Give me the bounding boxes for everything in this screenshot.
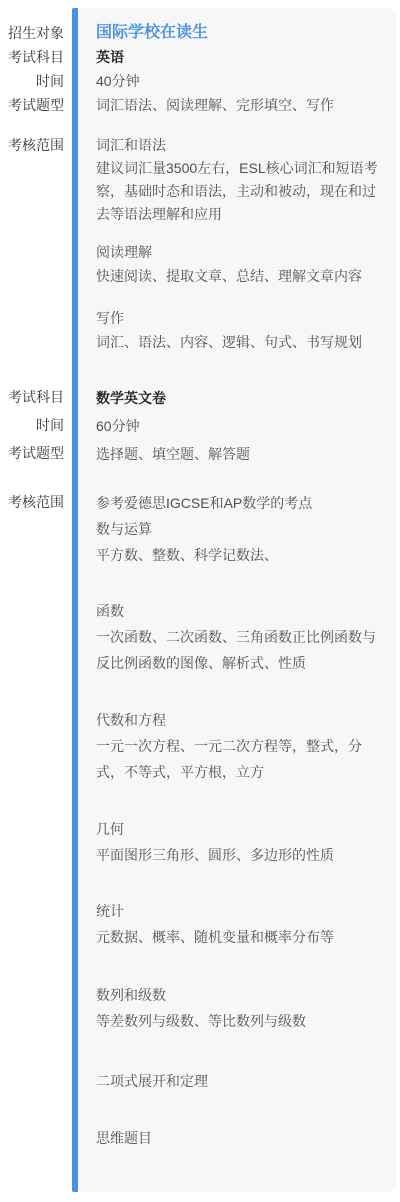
label-question-types-2: 考试题型 bbox=[0, 441, 64, 465]
scope-block: 代数和方程 一元一次方程、一元二次方程等，整式，分式，不等式，平方根，立方 bbox=[96, 707, 382, 785]
scope-body: 元数据、概率、随机变量和概率分布等 bbox=[96, 924, 382, 950]
scope-body: 平方数、整数、科学记数法、 bbox=[96, 542, 382, 568]
scope-block: 二项式展开和定理 bbox=[96, 1068, 382, 1094]
scope-heading: 思维题目 bbox=[96, 1125, 382, 1151]
scope-heading: 代数和方程 bbox=[96, 707, 382, 733]
field-label-column: 招生对象 考试科目 时间 考试题型 考核范围 考试科目 时间 考试题型 考核范围 bbox=[0, 0, 66, 1202]
exam-detail-panel: 国际学校在读生 英语 40分钟 词汇语法、阅读理解、完形填空、写作 词汇和语法 … bbox=[72, 8, 396, 1192]
label-question-types: 考试题型 bbox=[0, 93, 64, 117]
scope-heading: 函数 bbox=[96, 598, 382, 624]
label-scope: 考核范围 bbox=[0, 133, 64, 157]
scope-body: 一次函数、二次函数、三角函数正比例函数与反比例函数的图像、解析式、性质 bbox=[96, 624, 382, 676]
duration-value: 40分钟 bbox=[96, 69, 382, 93]
question-types-value: 词汇语法、阅读理解、完形填空、写作 bbox=[96, 93, 382, 117]
subject-name-2: 数学英文卷 bbox=[96, 384, 382, 412]
scope-body: 等差数列与级数、等比数列与级数 bbox=[96, 1008, 382, 1034]
scope-block: 几何 平面图形三角形、圆形、多边形的性质 bbox=[96, 816, 382, 868]
scope-heading: 统计 bbox=[96, 898, 382, 924]
scope-body: 快速阅读、提取文章、总结、理解文章内容 bbox=[96, 264, 382, 288]
label-duration: 时间 bbox=[0, 69, 64, 93]
subject-name: 英语 bbox=[96, 45, 382, 69]
scope-block: 词汇和语法 建议词汇量3500左右，ESL核心词汇和短语考察，基础时态和语法，主… bbox=[96, 133, 382, 226]
duration-value-2: 60分钟 bbox=[96, 412, 382, 440]
scope-heading: 二项式展开和定理 bbox=[96, 1068, 382, 1094]
exam-info-page: { "theme": { "accent_blue": "#4a90e2", "… bbox=[0, 0, 400, 1202]
label-exam-subject: 考试科目 bbox=[0, 45, 64, 69]
label-scope-2: 考核范围 bbox=[0, 490, 64, 514]
scope-heading: 词汇和语法 bbox=[96, 133, 382, 157]
scope-heading: 数与运算 bbox=[96, 516, 382, 542]
label-admission-target: 招生对象 bbox=[0, 21, 64, 45]
scope-block: 数与运算 平方数、整数、科学记数法、 bbox=[96, 516, 382, 568]
scope-block: 写作 词汇、语法、内容、逻辑、句式、书写规划 bbox=[96, 306, 382, 354]
question-types-value-2: 选择题、填空题、解答题 bbox=[96, 440, 382, 468]
scope-body: 词汇、语法、内容、逻辑、句式、书写规划 bbox=[96, 330, 382, 354]
scope-heading: 阅读理解 bbox=[96, 240, 382, 264]
admission-target-value: 国际学校在读生 bbox=[96, 21, 382, 45]
scope-heading: 几何 bbox=[96, 816, 382, 842]
scope-heading: 数列和级数 bbox=[96, 982, 382, 1008]
scope-block: 阅读理解 快速阅读、提取文章、总结、理解文章内容 bbox=[96, 240, 382, 288]
label-exam-subject-2: 考试科目 bbox=[0, 385, 64, 409]
scope-intro: 参考爱德思IGCSE和AP数学的考点 bbox=[96, 490, 382, 516]
scope-body: 一元一次方程、一元二次方程等，整式，分式，不等式，平方根，立方 bbox=[96, 733, 382, 785]
scope-block: 思维题目 bbox=[96, 1125, 382, 1151]
scope-body: 平面图形三角形、圆形、多边形的性质 bbox=[96, 842, 382, 868]
scope-block: 统计 元数据、概率、随机变量和概率分布等 bbox=[96, 898, 382, 950]
label-duration-2: 时间 bbox=[0, 413, 64, 437]
scope-block: 数列和级数 等差数列与级数、等比数列与级数 bbox=[96, 982, 382, 1034]
scope-body: 建议词汇量3500左右，ESL核心词汇和短语考察，基础时态和语法，主动和被动，现… bbox=[96, 157, 382, 226]
scope-block: 函数 一次函数、二次函数、三角函数正比例函数与反比例函数的图像、解析式、性质 bbox=[96, 598, 382, 676]
scope-heading: 写作 bbox=[96, 306, 382, 330]
